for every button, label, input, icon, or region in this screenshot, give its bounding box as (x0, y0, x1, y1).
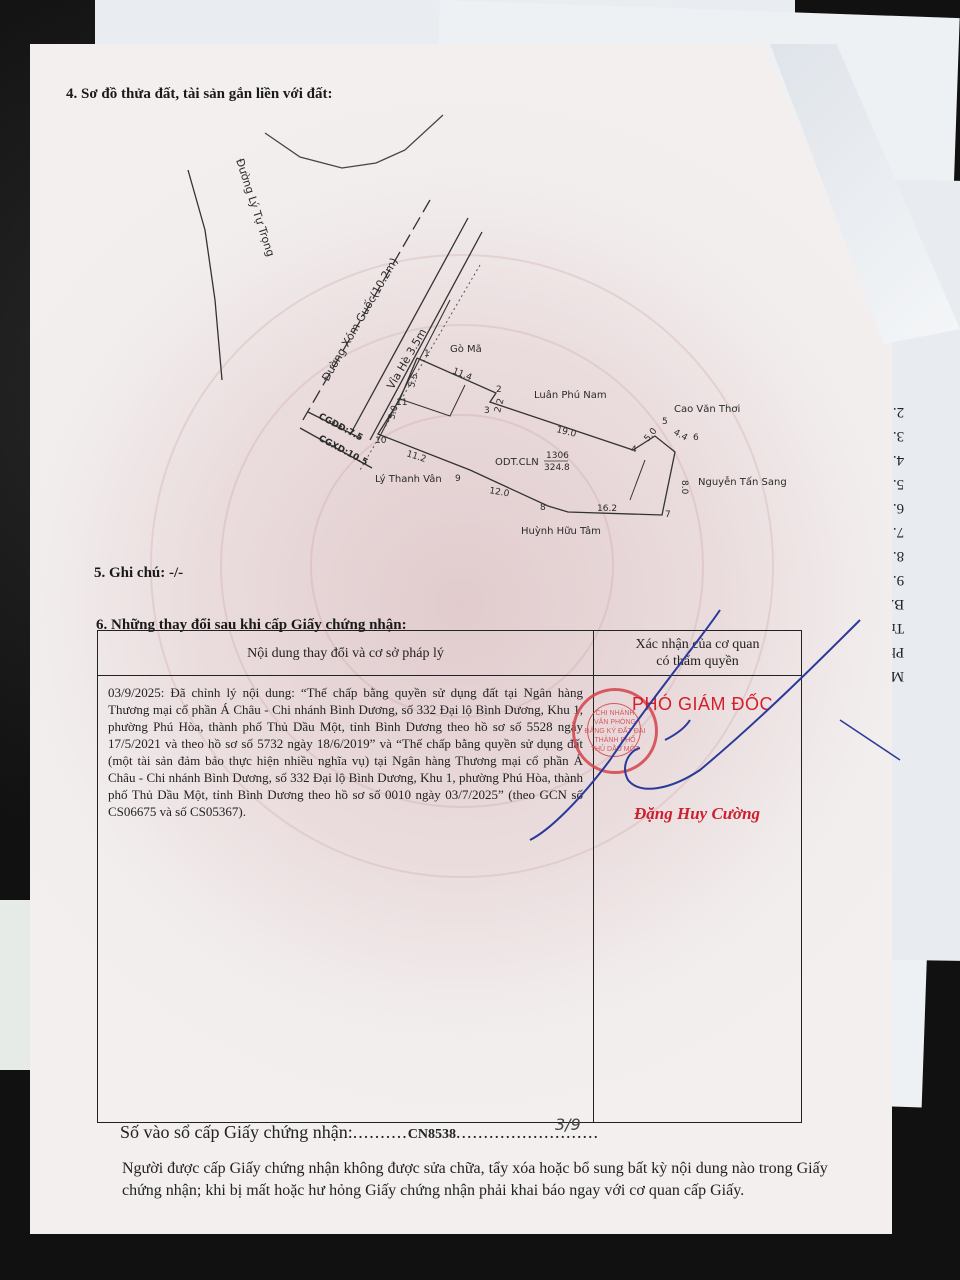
parcel-number: 1306 (546, 451, 569, 461)
neighbor-huynh-huu-tam: Huỳnh Hữu Tâm (521, 525, 601, 537)
register-line: Số vào sổ cấp Giấy chứng nhận:..........… (120, 1122, 599, 1143)
neighbor-nguyen-tan-sang: Nguyễn Tấn Sang (698, 475, 787, 488)
vertex-label: 1 (424, 349, 430, 359)
notice-text: Người được cấp Giấy chứng nhận không đượ… (122, 1158, 842, 1202)
vertex-label: 8 (540, 503, 546, 513)
register-label: Số vào sổ cấp Giấy chứng nhận: (120, 1122, 353, 1142)
parcel-land-type: ODT.CLN (495, 457, 539, 468)
vertex-label: 5 (662, 417, 668, 427)
changes-table: Nội dung thay đổi và cơ sở pháp lý Xác n… (97, 630, 802, 1123)
register-number: CN8538 (408, 1127, 456, 1142)
vertex-label: 6 (693, 433, 699, 443)
signer-name: Đặng Huy Cường (634, 804, 760, 824)
changes-header-content: Nội dung thay đổi và cơ sở pháp lý (98, 631, 594, 676)
neighbor-go-ma: Gò Mã (450, 343, 482, 355)
edge-length: 11.4 (451, 367, 474, 384)
signer-title: PHÓ GIÁM ĐỐC (632, 694, 773, 715)
neighbor-luan-phu-nam: Luân Phú Nam (534, 389, 607, 401)
neighbor-ly-thanh-van: Lý Thanh Vân (375, 473, 442, 485)
vertex-label: 2 (496, 385, 502, 395)
edge-length: 5.0 (643, 426, 660, 444)
neighbor-cao-van-thoi: Cao Văn Thơi (674, 404, 740, 415)
edge-length: 2.2 (493, 397, 506, 413)
handwritten-note: 3/9 (555, 1115, 581, 1134)
edge-length: 16.2 (597, 504, 617, 514)
vertex-label: 7 (665, 510, 671, 520)
edge-length: 5.0 (387, 404, 400, 421)
change-entry: 03/9/2025: Đã chỉnh lý nội dung: “Thế ch… (98, 676, 594, 1123)
section-5-notes: 5. Ghi chú: -/- (94, 565, 183, 582)
confirmation-cell: CHI NHÁNH VĂN PHÒNG ĐĂNG KÝ ĐẤT ĐAI THÀN… (594, 676, 802, 1123)
parcel-area: 324.8 (544, 463, 570, 473)
vertex-label: 10 (375, 436, 387, 446)
edge-length: 19.0 (555, 425, 577, 440)
edge-length: 5.5 (407, 372, 420, 388)
edge-length: 8.0 (679, 480, 689, 495)
confirm-header-line2: có thẩm quyền (656, 654, 738, 669)
vertex-label: 4 (631, 445, 637, 455)
edge-length: 12.0 (488, 486, 510, 499)
vertex-label: 3 (484, 406, 490, 416)
confirm-header-line1: Xác nhận của cơ quan (635, 637, 759, 652)
edge-length: 4.4 (672, 428, 690, 444)
changes-header-confirm: Xác nhận của cơ quan có thẩm quyền (594, 631, 802, 676)
road-label-ly-tu-trong: Đường Lý Tự Trọng (233, 157, 277, 258)
vertex-label: 9 (455, 474, 461, 484)
parcel-boundary (378, 358, 675, 515)
